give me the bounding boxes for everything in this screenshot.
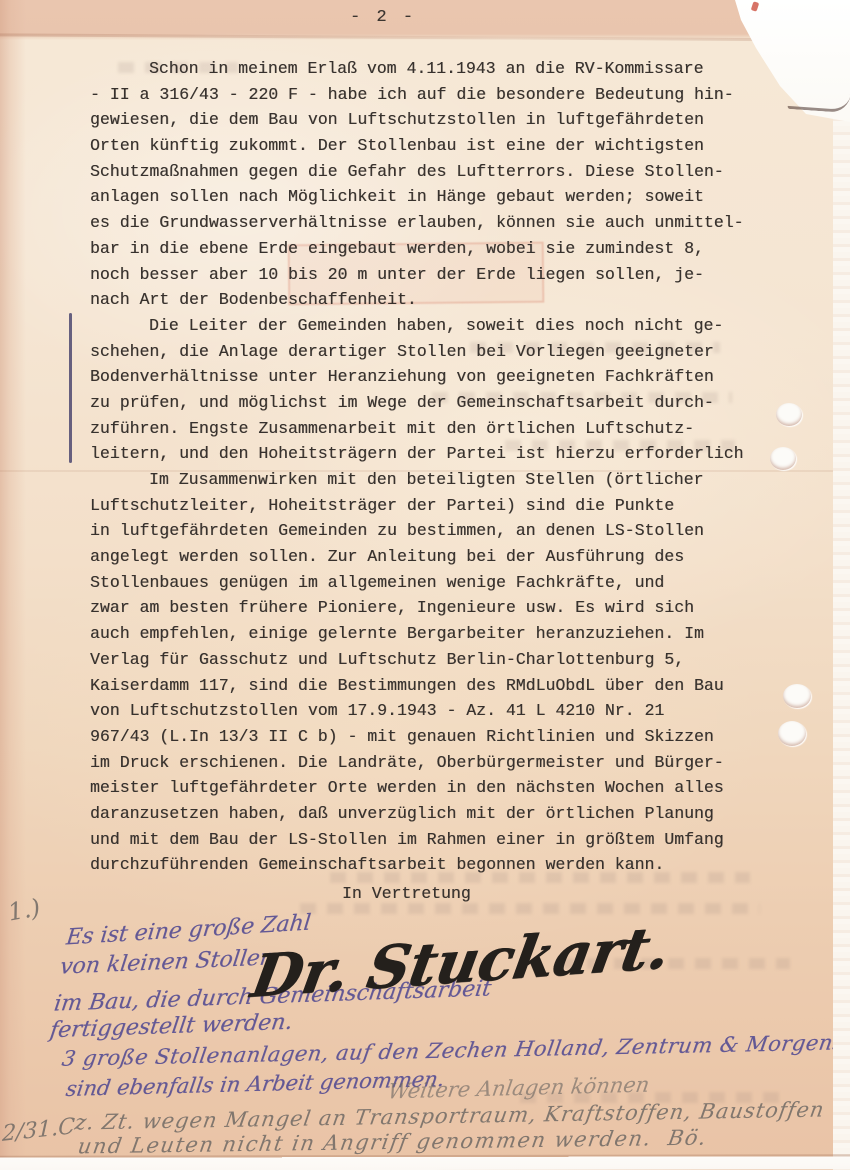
typed-line: durchzuführenden Gemeinschaftsarbeit beg… <box>90 852 755 878</box>
typed-line: zuführen. Engste Zusammenarbeit mit den … <box>90 416 755 442</box>
fold-crease-top <box>0 33 850 41</box>
typed-line: Kaiserdamm 117, sind die Bestimmungen de… <box>90 673 755 699</box>
typed-line: Stollenbaues genügen im allgemeinen weni… <box>90 570 755 596</box>
typed-line: anlagen sollen nach Möglichkeit in Hänge… <box>90 184 755 210</box>
torn-corner-shadow <box>787 90 850 113</box>
typed-line: zwar am besten frühere Pioniere, Ingenie… <box>90 595 755 621</box>
handwritten-margin-number: 1.) <box>6 893 43 926</box>
punch-hole <box>770 447 796 470</box>
scan-edge-bottom <box>0 1154 850 1170</box>
typed-line: leitern, und den Hoheitsträgern der Part… <box>90 441 755 467</box>
scan-edge-right <box>833 0 850 1170</box>
typed-line: Schutzmaßnahmen gegen die Gefahr des Luf… <box>90 159 755 185</box>
punch-hole <box>783 684 811 708</box>
typed-line: daranzusetzen haben, daß unverzüglich mi… <box>90 801 755 827</box>
typed-line: schehen, die Anlage derartiger Stollen b… <box>90 339 755 365</box>
typed-line: - II a 316/43 - 220 F - habe ich auf die… <box>90 82 755 108</box>
typed-line: in luftgefährdeten Gemeinden zu bestimme… <box>90 518 755 544</box>
typed-line: angelegt werden sollen. Zur Anleitung be… <box>90 544 755 570</box>
typed-line: Luftschutzleiter, Hoheitsträger der Part… <box>90 493 755 519</box>
typed-line: Orten künftig zukommt. Der Stollenbau is… <box>90 133 755 159</box>
typed-line: Die Leiter der Gemeinden haben, soweit d… <box>90 313 755 339</box>
margin-emphasis-stroke <box>69 313 72 463</box>
handwritten-note-line: von kleinen Stollen <box>58 945 275 980</box>
typed-line: im Druck erschienen. Die Landräte, Oberb… <box>90 750 755 776</box>
punch-hole <box>778 721 806 746</box>
page-number: - 2 - <box>350 8 416 27</box>
typed-line: zu prüfen, und möglichst im Wege der Gem… <box>90 390 755 416</box>
typed-line: gewiesen, die dem Bau von Luftschutzstol… <box>90 107 755 133</box>
typed-body: Schon in meinem Erlaß vom 4.11.1943 an d… <box>90 56 755 878</box>
typed-line: es die Grundwasserverhältnisse erlauben,… <box>90 210 755 236</box>
typed-line: von Luftschutzstollen vom 17.9.1943 - Az… <box>90 698 755 724</box>
handwritten-corner-mark: 2/31.C <box>2 1114 76 1147</box>
typed-line: bar in die ebene Erde eingebaut werden, … <box>90 236 755 262</box>
typed-line: Verlag für Gasschutz und Luftschutz Berl… <box>90 647 755 673</box>
typed-line: 967/43 (L.In 13/3 II C b) - mit genauen … <box>90 724 755 750</box>
scanned-letter-page: - 2 - Schon in meinem Erlaß vom 4.11.194… <box>0 0 850 1170</box>
typed-line: nach Art der Bodenbeschaffenheit. <box>90 287 755 313</box>
typed-line: auch empfehlen, einige gelernte Bergarbe… <box>90 621 755 647</box>
typed-line: Schon in meinem Erlaß vom 4.11.1943 an d… <box>90 56 755 82</box>
verso-bleedthrough <box>300 903 760 914</box>
typed-line: meister luftgefährdeter Orte werden in d… <box>90 775 755 801</box>
typed-line: Bodenverhältnisse unter Heranziehung von… <box>90 364 755 390</box>
typed-line: noch besser aber 10 bis 20 m unter der E… <box>90 262 755 288</box>
punch-hole <box>776 403 802 426</box>
typed-line: und mit dem Bau der LS-Stollen im Rahmen… <box>90 827 755 853</box>
closing-formula: In Vertretung <box>342 884 471 903</box>
typed-line: Im Zusammenwirken mit den beteiligten St… <box>90 467 755 493</box>
